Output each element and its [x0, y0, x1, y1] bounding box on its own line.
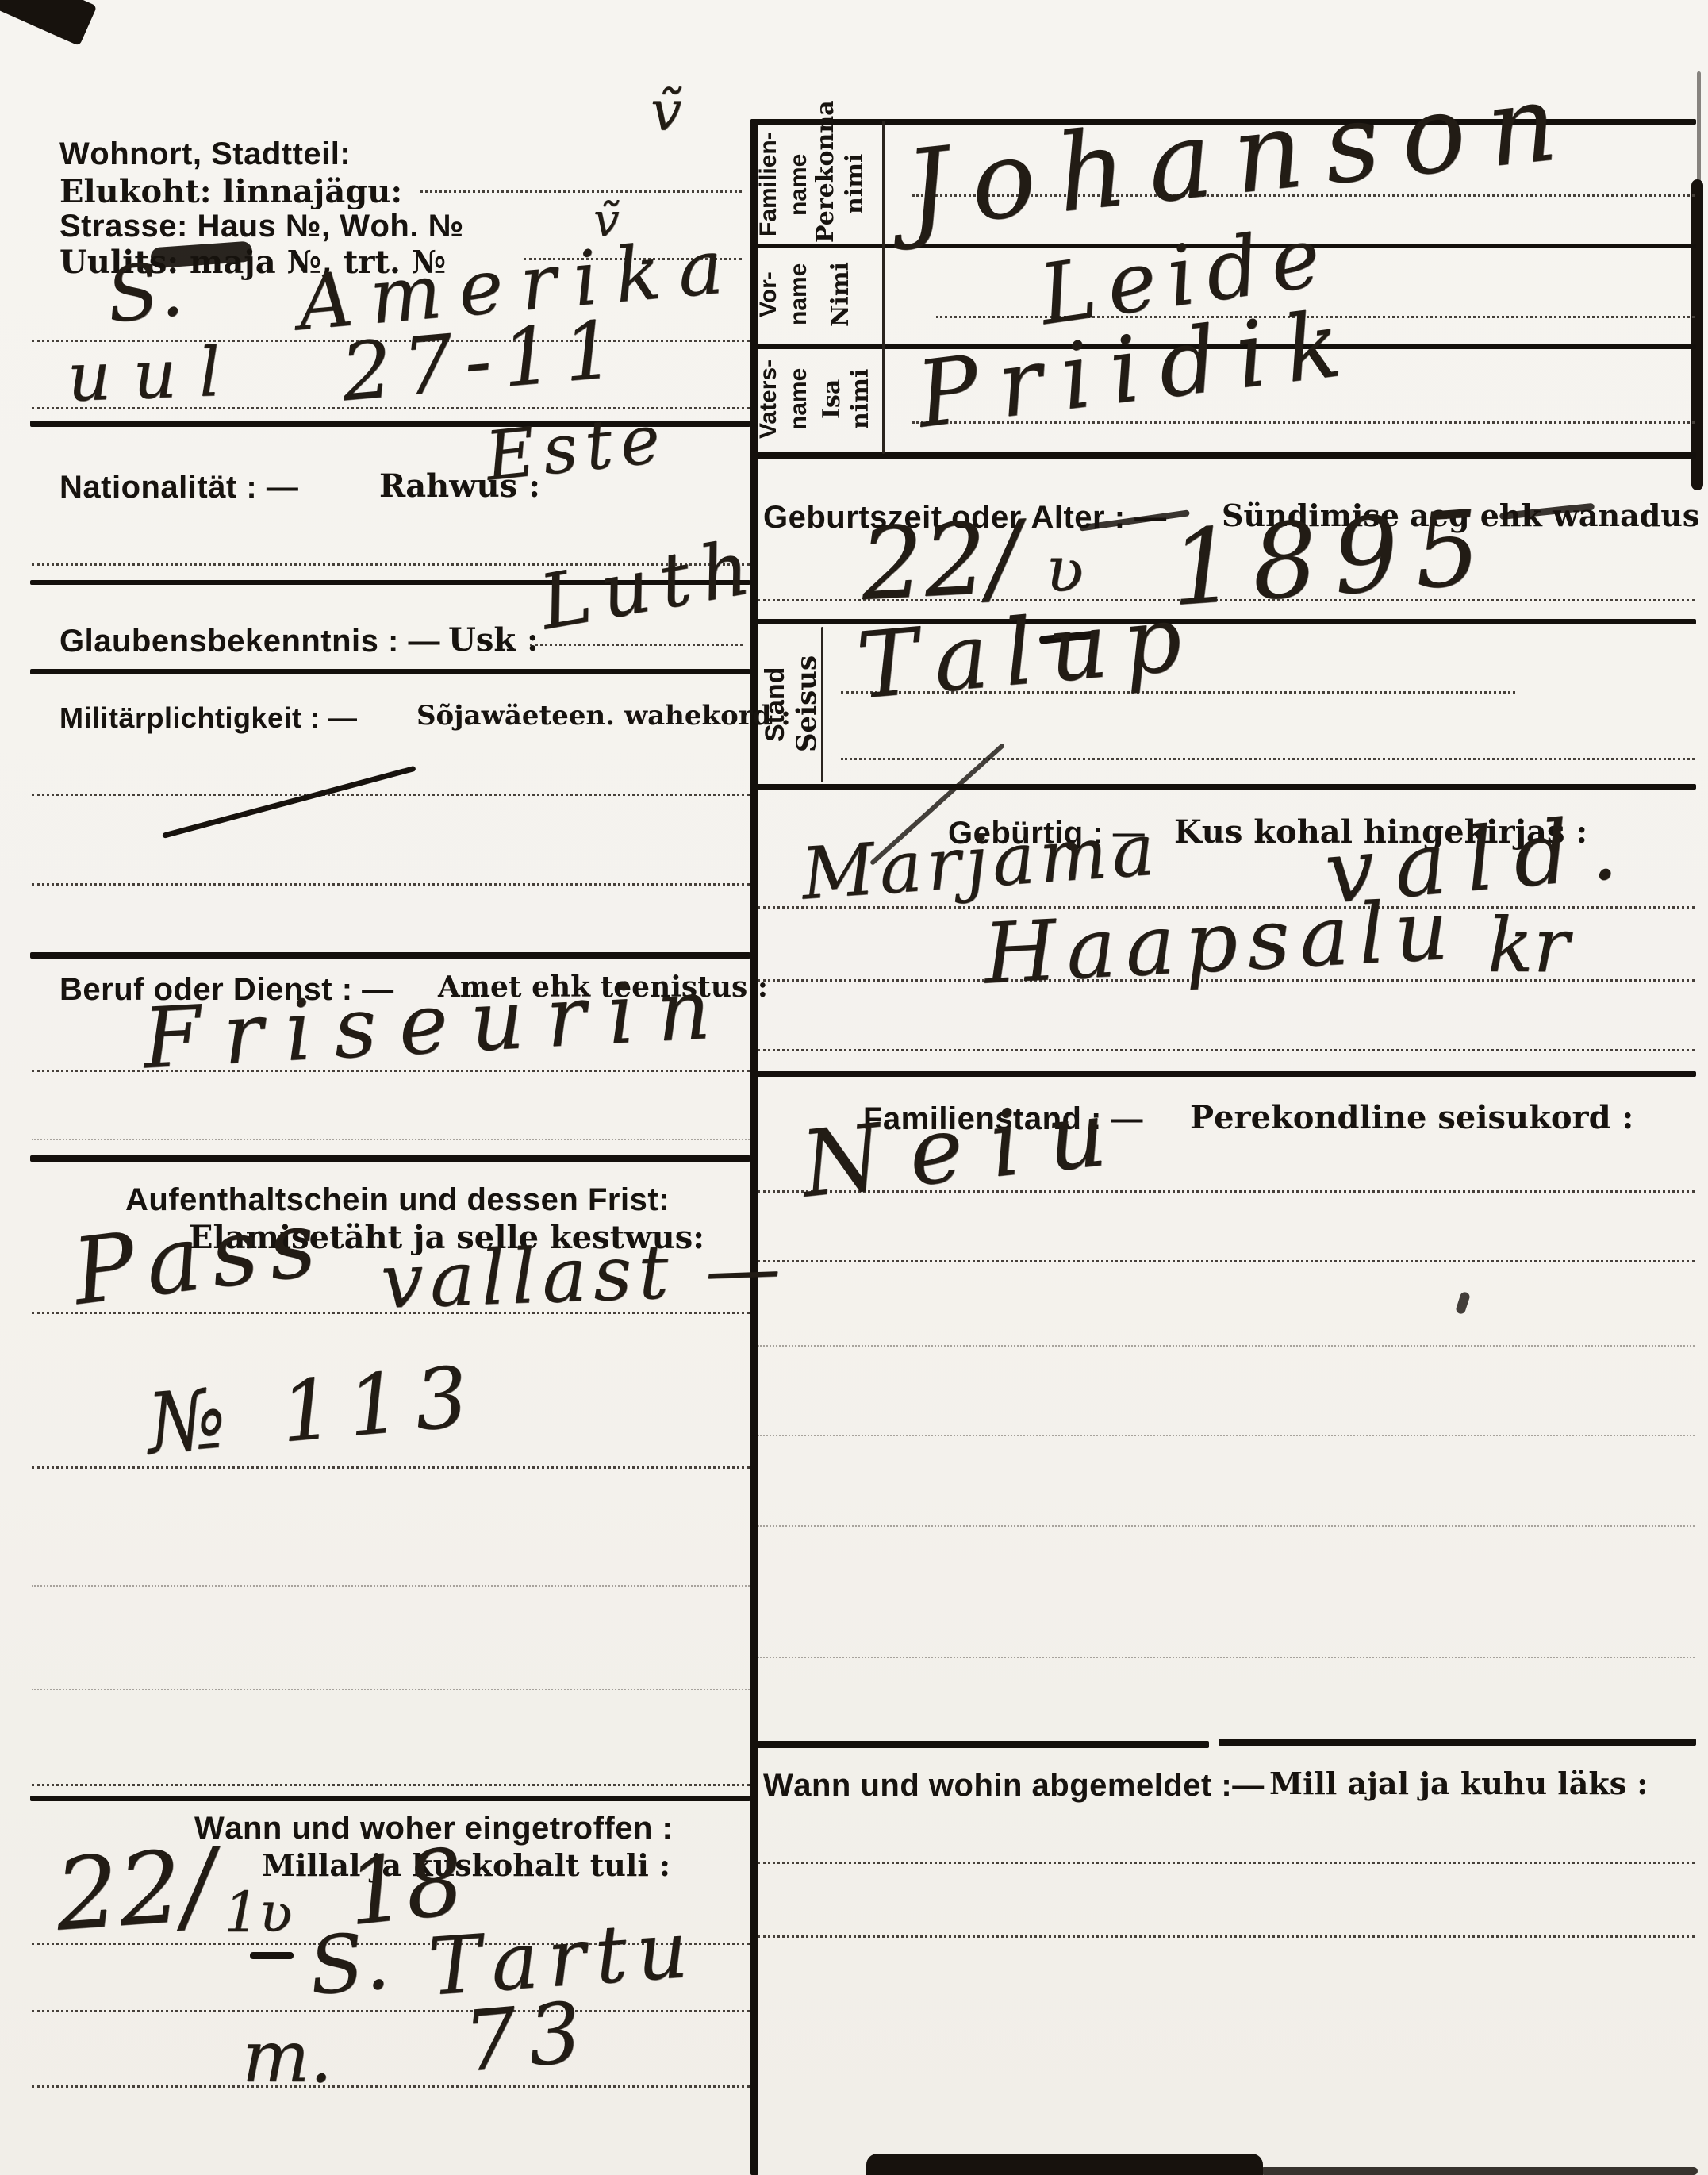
label-patronymic-de-2: name [787, 349, 811, 449]
handwriting-surname: Johanson [900, 67, 1583, 244]
handwriting-permit-number: № 113 [144, 1355, 486, 1466]
dotted-line [758, 1525, 1695, 1527]
label-residence-de2: Strasse: Haus №, Woh. № [59, 209, 464, 244]
handwriting-birth-year: 1895 [1167, 495, 1499, 621]
registration-card: Wohnort, Stadtteil: Elukoht: linnajägu: … [0, 0, 1708, 2175]
handwriting-arrival-from1: S. [306, 1921, 393, 2007]
label-firstname-et-1: Nimi [829, 248, 853, 341]
handwriting-arrival-day: 22/ [52, 1835, 218, 1946]
dotted-line [32, 2085, 750, 2088]
label-patronymic-et-1: Isa [820, 349, 844, 449]
dotted-line [841, 758, 1695, 760]
label-religion-de: Glaubensbekenntnis : — [59, 624, 440, 659]
label-patronymic-de-1: Vaters- [757, 349, 781, 449]
dotted-line [32, 1784, 750, 1786]
scan-right-edge-streak [1691, 179, 1703, 490]
dotted-line [32, 1585, 750, 1587]
label-firstname-de-2: name [787, 248, 811, 341]
handwriting-street-3: uul [67, 338, 244, 412]
label-departure-de: Wann und wohin abgemeldet :— [763, 1768, 1265, 1804]
handwriting-birth-day: 22/ [858, 508, 1023, 615]
dotted-line [758, 1260, 1695, 1262]
dotted-line [32, 794, 750, 796]
scan-right-edge-streak-faint [1697, 71, 1701, 183]
handwriting-patronymic: Priidik [912, 297, 1365, 442]
left-rule-3 [30, 669, 750, 674]
label-marital-et: Perekondline seisukord : [1190, 1099, 1633, 1136]
dotted-line [32, 2010, 750, 2012]
right-row-sep-5 [750, 784, 1696, 790]
label-firstname-de-1: Vor- [757, 248, 781, 341]
dotted-line [758, 1935, 1695, 1938]
dotted-line [758, 1435, 1695, 1436]
handwriting-origin-1a: Marjama [799, 814, 1161, 910]
handwriting-street-4: 27-11 [338, 309, 628, 413]
label-surname-de-1: Familien- [757, 127, 781, 242]
label-patronymic-et-2: nimi [849, 349, 873, 449]
dotted-line [420, 190, 742, 193]
scan-bottom-bar [1260, 2167, 1698, 2175]
handwriting-arrival-underline [250, 1952, 294, 1959]
scan-corner-blob [0, 0, 97, 46]
right-row-sep-3 [750, 452, 1696, 459]
right-row-sep-7b [1219, 1739, 1696, 1746]
dotted-line [758, 1862, 1695, 1864]
dotted-line [32, 1466, 750, 1469]
dotted-line [32, 1139, 750, 1140]
handwriting-status: Talup [854, 592, 1201, 713]
label-surname-de-2: name [787, 127, 811, 242]
label-religion-et: Usk : [448, 621, 539, 659]
label-nationality-de: Nationalität : — [59, 470, 298, 505]
label-status-et: Seisus [793, 629, 820, 778]
scan-speck [1455, 1291, 1471, 1315]
handwriting-nationality: Este [482, 405, 671, 491]
scan-bottom-blob [866, 2154, 1263, 2175]
label-status-de: Stand [762, 631, 789, 778]
label-military-de: Militärplichtigkeit : — [59, 701, 358, 735]
handwriting-arrival-month: 1ʋ [224, 1885, 293, 1940]
name-cell-border [882, 121, 885, 454]
right-row-sep-6 [750, 1071, 1696, 1077]
left-rule-6 [30, 1796, 750, 1801]
dotted-line [758, 1657, 1695, 1658]
handwriting-arrival-house1: m. [242, 2022, 332, 2093]
handwriting-permit-1: Pass [68, 1197, 332, 1319]
left-rule-5 [30, 1155, 750, 1162]
handwriting-street-1: S. [103, 252, 186, 334]
handwriting-origin-2a: Haapsalu [982, 888, 1460, 996]
label-residence-de1: Wohnort, Stadtteil: [59, 136, 351, 172]
dotted-line [32, 883, 750, 886]
dotted-line [758, 1049, 1695, 1051]
dotted-line [32, 1689, 750, 1690]
handwriting-religion: Luth [535, 528, 766, 641]
label-military-et: Sõjawäeteen. wahekord : [416, 700, 791, 732]
handwriting-origin-2b: kr [1487, 909, 1569, 984]
handwriting-arrival-house2: 73 [461, 1990, 596, 2085]
label-surname-et-1: Perekonna [814, 125, 838, 243]
handwriting-birth-month: ʋ [1046, 538, 1084, 601]
right-row-sep-7a [750, 1741, 1209, 1748]
left-rule-4 [30, 952, 750, 959]
handwriting-checkmark-1: ṽ [651, 83, 682, 139]
label-arrival-et: Millal ja kuskohalt tuli : [262, 1847, 670, 1883]
label-residence-et1: Elukoht: linnajägu: [59, 173, 402, 210]
label-surname-et-2: nimi [843, 125, 867, 243]
handwriting-military-stroke [162, 766, 416, 839]
label-departure-et: Mill ajal ja kuhu läks : [1269, 1766, 1648, 1801]
dotted-line [758, 1345, 1695, 1347]
handwriting-permit-2: vallast — [379, 1231, 788, 1320]
